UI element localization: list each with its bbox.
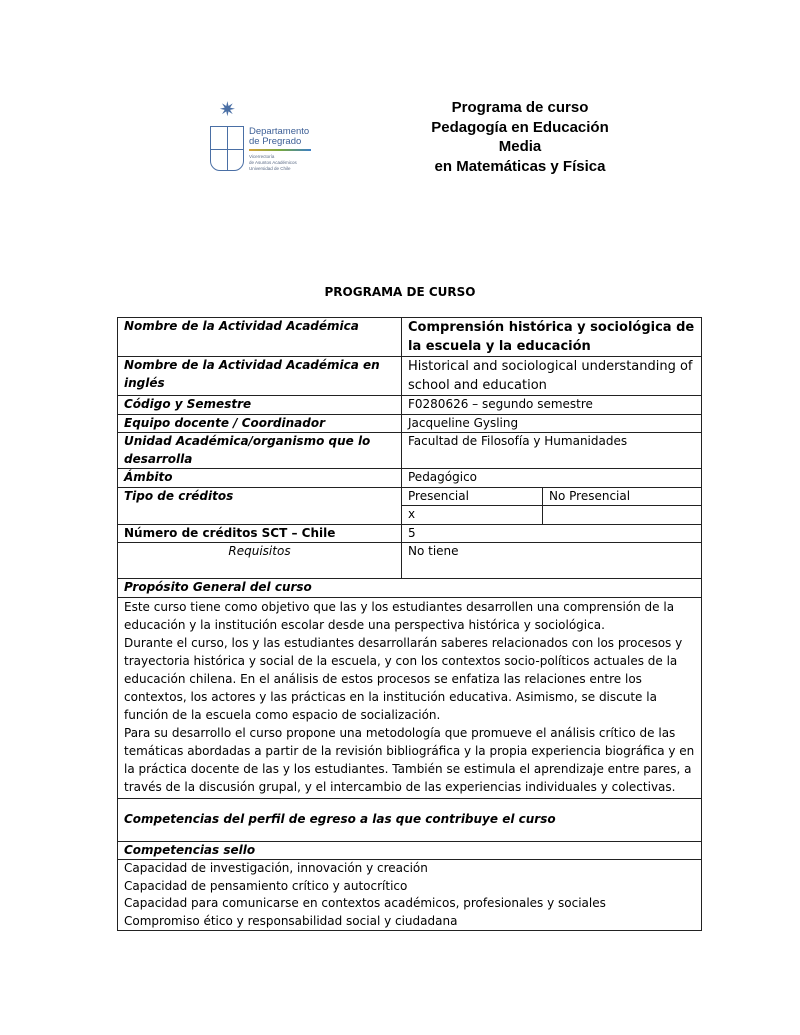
credit-type-no-presencial: No Presencial [543,487,702,506]
table-row: Requisitos No tiene [118,543,702,579]
academic-unit: Facultad de Filosofía y Humanidades [402,433,702,469]
row-label: Nombre de la Actividad Académica [118,318,402,357]
logo-sub3: Universidad de Chile [249,166,291,171]
logo-sub1: Vicerrectoría [249,154,274,159]
table-row: Equipo docente / Coordinador Jacqueline … [118,414,702,433]
table-row: Nombre de la Actividad Académica Compren… [118,318,702,357]
table-row: Este curso tiene como objetivo que las y… [118,597,702,798]
course-name: Comprensión histórica y sociológica de l… [402,318,702,357]
row-label: Equipo docente / Coordinador [118,414,402,433]
table-row: Tipo de créditos Presencial No Presencia… [118,487,702,506]
document-heading: PROGRAMA DE CURSO [0,285,800,299]
program-title-line: en Matemáticas y Física [400,157,640,177]
sct-credits: 5 [402,524,702,543]
table-row: Competencias sello [118,841,702,860]
teaching-team: Jacqueline Gysling [402,414,702,433]
row-label: Ámbito [118,469,402,488]
course-name-english: Historical and sociological understandin… [402,357,702,396]
table-row: Número de créditos SCT – Chile 5 [118,524,702,543]
program-title-line: Pedagogía en Educación [400,118,640,138]
university-shield-icon [210,126,244,171]
row-label: Tipo de créditos [118,487,402,524]
row-label: Número de créditos SCT – Chile [118,524,402,543]
table-row: Capacidad de investigación, innovación y… [118,860,702,931]
section-title-seal-competencies: Competencias sello [118,841,702,860]
row-label: Requisitos [118,543,402,579]
table-row: Nombre de la Actividad Académica en ingl… [118,357,702,396]
program-title-line: Media [400,137,640,157]
seal-competencies-list: Capacidad de investigación, innovación y… [118,860,702,931]
no-presencial-mark [543,506,702,525]
section-title-graduate-competencies: Competencias del perfil de egreso a las … [118,798,702,841]
table-row: Competencias del perfil de egreso a las … [118,798,702,841]
purpose-text: Este curso tiene como objetivo que las y… [118,597,702,798]
table-row: Ámbito Pedagógico [118,469,702,488]
department-logo: ✷ Departamento de Pregrado Vicerrectoría… [207,100,317,176]
section-title-purpose: Propósito General del curso [118,579,702,598]
scope: Pedagógico [402,469,702,488]
presencial-mark: x [402,506,543,525]
list-item: Capacidad para comunicarse en contextos … [124,895,695,913]
logo-color-bar [249,149,311,151]
course-program-table: Nombre de la Actividad Académica Compren… [117,317,702,931]
logo-line2: de Pregrado [249,137,301,147]
course-code: F0280626 – segundo semestre [402,396,702,415]
row-label: Nombre de la Actividad Académica en ingl… [118,357,402,396]
list-item: Capacidad de investigación, innovación y… [124,860,695,878]
row-label: Código y Semestre [118,396,402,415]
purpose-paragraph: Para su desarrollo el curso propone una … [124,724,695,796]
list-item: Compromiso ético y responsabilidad socia… [124,913,695,931]
logo-sub2: de Asuntos Académicos [249,160,297,165]
credit-type-presencial: Presencial [402,487,543,506]
list-item: Capacidad de pensamiento crítico y autoc… [124,878,695,896]
table-row: Código y Semestre F0280626 – segundo sem… [118,396,702,415]
program-title-line: Programa de curso [400,98,640,118]
program-title: Programa de curso Pedagogía en Educación… [400,98,640,176]
row-label: Unidad Académica/organismo que lo desarr… [118,433,402,469]
table-row: Unidad Académica/organismo que lo desarr… [118,433,702,469]
prerequisites: No tiene [402,543,702,579]
star-icon: ✷ [219,100,236,120]
purpose-paragraph: Durante el curso, los y las estudiantes … [124,634,695,724]
purpose-paragraph: Este curso tiene como objetivo que las y… [124,598,695,634]
table-row: Propósito General del curso [118,579,702,598]
